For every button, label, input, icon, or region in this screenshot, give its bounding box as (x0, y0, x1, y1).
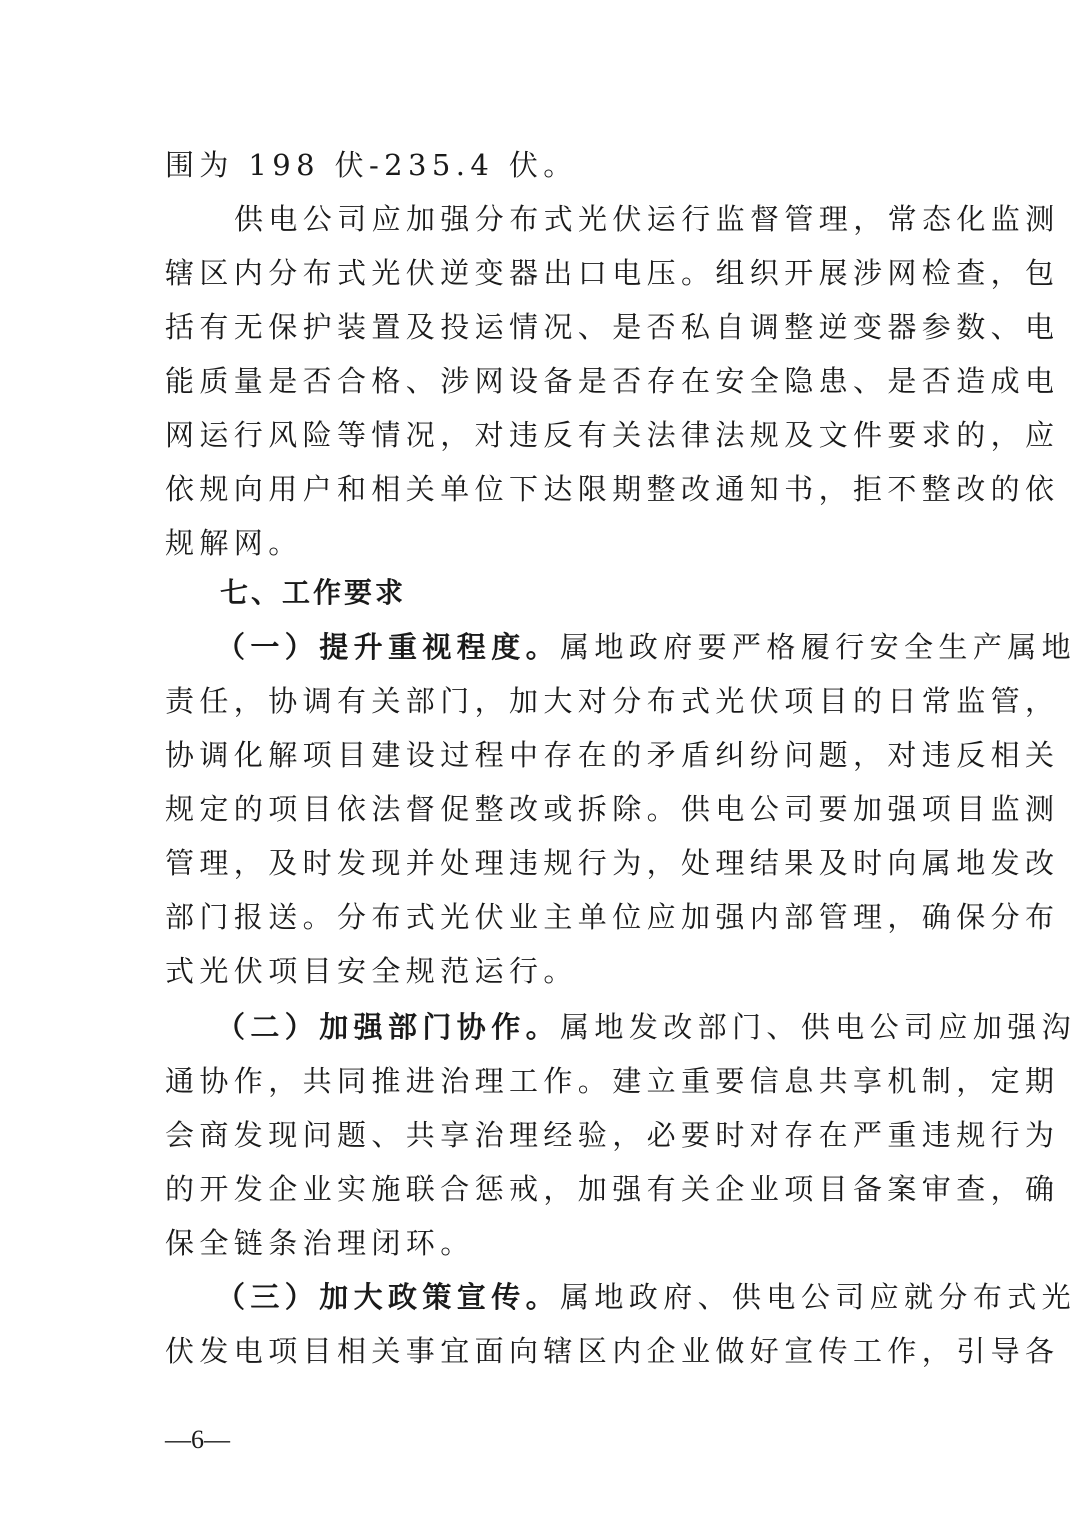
subsection-title: （二）加强部门协作。 (216, 1010, 560, 1044)
subsection-text: 属地政府、供电公司应就分布式光 (560, 1280, 1076, 1314)
subsection-title: （一）提升重视程度。 (216, 630, 560, 664)
paragraph-line: 能质量是否合格、涉网设备是否存在安全隐患、是否造成电 (165, 354, 917, 408)
subsection-first-line: （三）加大政策宣传。属地政府、供电公司应就分布式光 (234, 1270, 917, 1324)
subsection-text: 属地发改部门、供电公司应加强沟 (560, 1010, 1076, 1044)
document-page: 围为 198 伏-235.4 伏。 供电公司应加强分布式光伏运行监督管理，常态化… (0, 0, 1080, 1527)
paragraph-line: 会商发现问题、共享治理经验，必要时对存在严重违规行为 (165, 1108, 917, 1162)
paragraph-line: 网运行风险等情况，对违反有关法律法规及文件要求的，应 (165, 408, 917, 462)
subsection-first-line: （二）加强部门协作。属地发改部门、供电公司应加强沟 (234, 1000, 917, 1054)
paragraph-line: 辖区内分布式光伏逆变器出口电压。组织开展涉网检查，包 (165, 246, 917, 300)
paragraph-line: 供电公司应加强分布式光伏运行监督管理，常态化监测 (234, 192, 917, 246)
page-number: —6— (165, 1420, 230, 1460)
paragraph-line: 保全链条治理闭环。 (165, 1216, 917, 1270)
paragraph-line: 通协作，共同推进治理工作。建立重要信息共享机制，定期 (165, 1054, 917, 1108)
subsection-title: （三）加大政策宣传。 (216, 1280, 560, 1314)
paragraph-line: 围为 198 伏-235.4 伏。 (165, 138, 917, 192)
paragraph-line: 部门报送。分布式光伏业主单位应加强内部管理，确保分布 (165, 890, 917, 944)
paragraph-line: 式光伏项目安全规范运行。 (165, 944, 917, 998)
paragraph-line: 规解网。 (165, 516, 917, 570)
paragraph-line: 依规向用户和相关单位下达限期整改通知书，拒不整改的依 (165, 462, 917, 516)
paragraph-line: 伏发电项目相关事宜面向辖区内企业做好宣传工作，引导各 (165, 1324, 917, 1378)
subsection-text: 属地政府要严格履行安全生产属地 (560, 630, 1076, 664)
paragraph-line: 责任，协调有关部门，加大对分布式光伏项目的日常监管， (165, 674, 917, 728)
paragraph-line: 括有无保护装置及投运情况、是否私自调整逆变器参数、电 (165, 300, 917, 354)
paragraph-line: 管理，及时发现并处理违规行为，处理结果及时向属地发改 (165, 836, 917, 890)
subsection-first-line: （一）提升重视程度。属地政府要严格履行安全生产属地 (234, 620, 917, 674)
paragraph-line: 协调化解项目建设过程中存在的矛盾纠纷问题，对违反相关 (165, 728, 917, 782)
paragraph-line: 的开发企业实施联合惩戒，加强有关企业项目备案审查，确 (165, 1162, 917, 1216)
section-heading: 七、工作要求 (220, 566, 972, 620)
paragraph-line: 规定的项目依法督促整改或拆除。供电公司要加强项目监测 (165, 782, 917, 836)
